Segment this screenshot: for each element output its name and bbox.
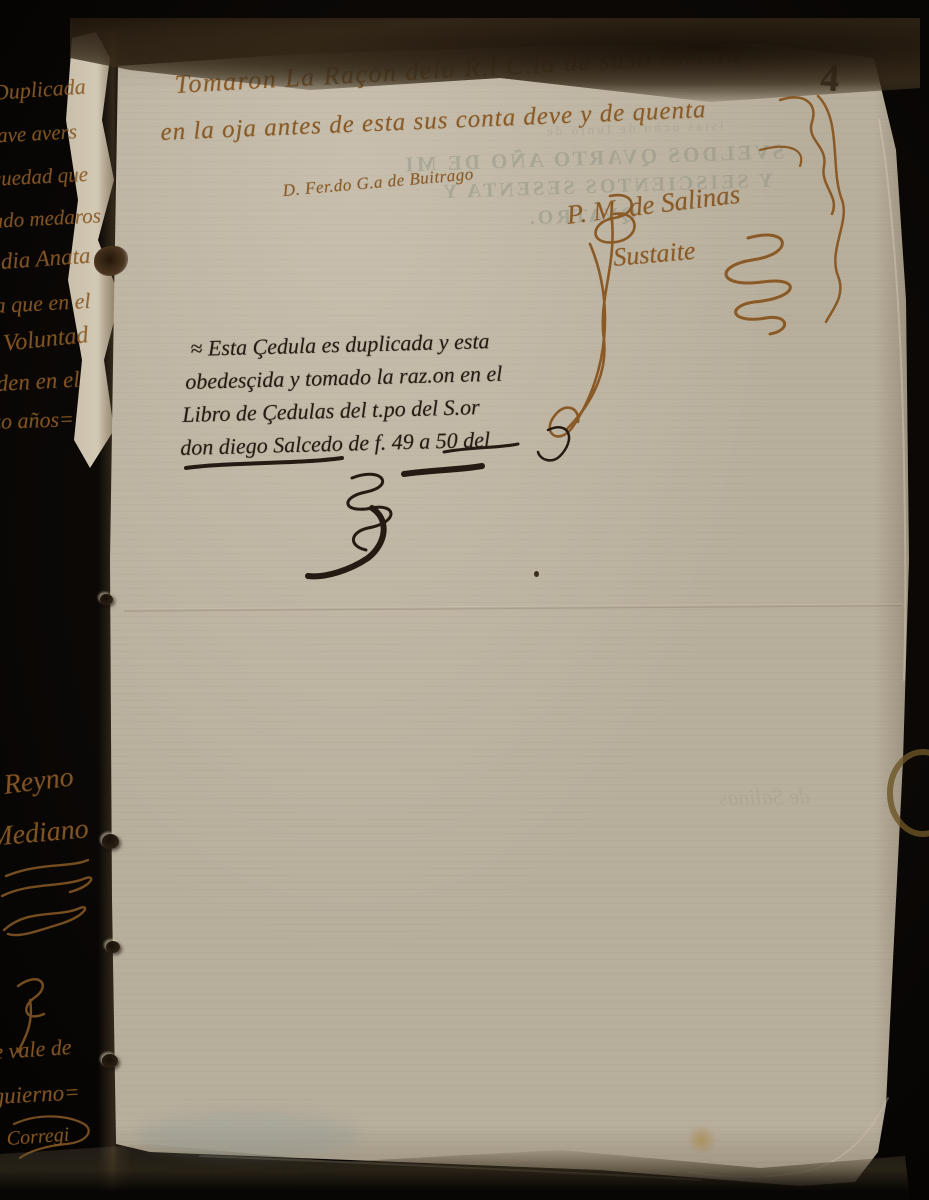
yellow-stain xyxy=(688,1124,716,1156)
left-fragment-line: have avers xyxy=(0,119,78,149)
left-fragment-line: zo años= xyxy=(0,406,74,435)
gray-stain xyxy=(138,1112,358,1158)
showthrough-handwriting: de Salinas xyxy=(530,780,811,819)
left-fragment-line: guierno= xyxy=(0,1079,80,1110)
left-fragment-line: quedad que xyxy=(0,162,89,192)
binding-hole xyxy=(102,834,119,849)
left-fragment-line: a que en el xyxy=(0,288,91,319)
binding-hole xyxy=(102,1054,118,1068)
binding-hole xyxy=(106,941,120,953)
ink-fleck xyxy=(534,571,539,577)
left-fragment-line: den en el xyxy=(0,367,80,397)
binding-hole xyxy=(100,594,113,605)
left-fragment-line: Corregi xyxy=(6,1124,70,1151)
manuscript-photograph: istas ocho de Iunio de SVELDOS QVARTO AÑ… xyxy=(0,0,929,1200)
